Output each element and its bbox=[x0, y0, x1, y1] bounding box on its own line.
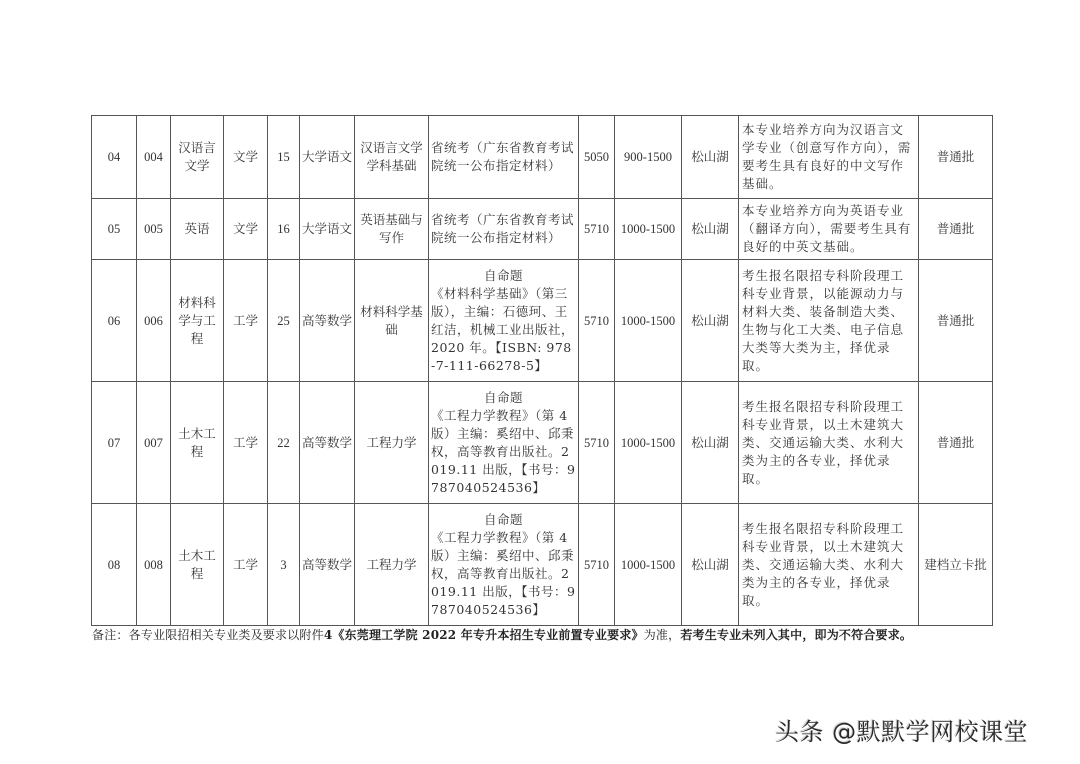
footnote-middle: 为准， bbox=[644, 628, 681, 642]
seq-text: 05 bbox=[108, 222, 121, 236]
reference-cell: 自命题《材料科学基础》（第三版），主编：石德珂、王红洁，机械工业出版社，2020… bbox=[429, 260, 579, 382]
reference-cell: 省统考（广东省教育考试院统一公布指定材料） bbox=[429, 116, 579, 199]
seq-text: 07 bbox=[108, 436, 121, 450]
batch-cell: 普通批 bbox=[919, 199, 993, 260]
batch-cell: 普通批 bbox=[919, 260, 993, 382]
accommodation-fee-text: 1000-1500 bbox=[621, 222, 675, 236]
reference-text: 《工程力学教程》（第 4 版）主编：奚绍中、邱秉权，高等教育出版社。2019.1… bbox=[431, 530, 575, 617]
code-text: 007 bbox=[144, 436, 163, 450]
exam-subject-2-cell: 英语基础与写作 bbox=[355, 199, 429, 260]
table-row: 04004汉语言文学文学15大学语文汉语言文学学科基础省统考（广东省教育考试院统… bbox=[92, 116, 993, 199]
remarks-text: 考生报名限招专科阶段理工科专业背景，以土木建筑大类、交通运输大类、水利大类为主的… bbox=[742, 521, 904, 608]
batch-text: 建档立卡批 bbox=[924, 557, 987, 572]
code-text: 008 bbox=[144, 558, 163, 572]
exam-subject-2-text: 英语基础与写作 bbox=[360, 212, 423, 245]
watermark: 头条 @默默学网校课堂 bbox=[775, 712, 1028, 747]
campus-text: 松山湖 bbox=[691, 313, 729, 328]
tuition-cell: 5710 bbox=[579, 382, 615, 504]
code-text: 005 bbox=[144, 222, 163, 236]
seq-cell: 07 bbox=[92, 382, 137, 504]
major-cell: 英语 bbox=[171, 199, 224, 260]
major-text: 汉语言文学 bbox=[178, 140, 216, 173]
major-cell: 汉语言文学 bbox=[171, 116, 224, 199]
remarks-text: 考生报名限招专科阶段理工科专业背景，以能源动力与材料大类、装备制造大类、生物与化… bbox=[742, 268, 904, 373]
tuition-text: 5710 bbox=[584, 436, 609, 450]
quota-text: 3 bbox=[280, 558, 286, 572]
major-text: 土木工程 bbox=[178, 548, 216, 581]
footnote-suffix: 若考生专业未列入其中，即为不符合要求。 bbox=[680, 628, 912, 642]
code-cell: 005 bbox=[137, 199, 171, 260]
seq-text: 04 bbox=[108, 150, 121, 164]
exam-subject-2-cell: 工程力学 bbox=[355, 382, 429, 504]
major-cell: 材料科学与工程 bbox=[171, 260, 224, 382]
code-cell: 007 bbox=[137, 382, 171, 504]
exam-subject-1-cell: 大学语文 bbox=[300, 199, 355, 260]
exam-subject-2-text: 工程力学 bbox=[366, 557, 416, 572]
category-cell: 工学 bbox=[224, 382, 268, 504]
major-text: 土木工程 bbox=[178, 426, 216, 459]
campus-cell: 松山湖 bbox=[682, 199, 739, 260]
reference-title: 自命题 bbox=[431, 267, 576, 285]
remarks-cell: 考生报名限招专科阶段理工科专业背景，以能源动力与材料大类、装备制造大类、生物与化… bbox=[739, 260, 919, 382]
category-cell: 工学 bbox=[224, 504, 268, 626]
accommodation-fee-cell: 1000-1500 bbox=[615, 504, 682, 626]
seq-text: 06 bbox=[108, 314, 121, 328]
exam-subject-1-text: 大学语文 bbox=[302, 149, 352, 164]
footnote-attachment: 4《东莞理工学院 2022 年专升本招生专业前置专业要求》 bbox=[324, 628, 644, 642]
exam-subject-1-cell: 高等数学 bbox=[300, 260, 355, 382]
reference-text: 省统考（广东省教育考试院统一公布指定材料） bbox=[431, 212, 574, 245]
exam-subject-1-cell: 高等数学 bbox=[300, 504, 355, 626]
accommodation-fee-cell: 1000-1500 bbox=[615, 260, 682, 382]
exam-subject-2-cell: 工程力学 bbox=[355, 504, 429, 626]
remarks-text: 本专业培养方向为汉语言文学专业（创意写作方向），需要考生具有良好的中文写作基础。 bbox=[742, 122, 911, 191]
code-cell: 006 bbox=[137, 260, 171, 382]
remarks-text: 本专业培养方向为英语专业（翻译方向），需要考生具有良好的中英文基础。 bbox=[742, 203, 911, 254]
quota-cell: 3 bbox=[268, 504, 300, 626]
exam-subject-2-cell: 材料科学基础 bbox=[355, 260, 429, 382]
code-cell: 004 bbox=[137, 116, 171, 199]
code-text: 006 bbox=[144, 314, 163, 328]
batch-text: 普通批 bbox=[937, 221, 975, 236]
quota-text: 25 bbox=[277, 314, 290, 328]
reference-title: 自命题 bbox=[431, 389, 576, 407]
batch-text: 普通批 bbox=[937, 313, 975, 328]
quota-text: 16 bbox=[277, 222, 290, 236]
accommodation-fee-text: 1000-1500 bbox=[621, 436, 675, 450]
tuition-text: 5710 bbox=[584, 558, 609, 572]
campus-cell: 松山湖 bbox=[682, 504, 739, 626]
category-cell: 文学 bbox=[224, 199, 268, 260]
table-row: 05005英语文学16大学语文英语基础与写作省统考（广东省教育考试院统一公布指定… bbox=[92, 199, 993, 260]
batch-text: 普通批 bbox=[937, 435, 975, 450]
accommodation-fee-text: 900-1500 bbox=[624, 150, 672, 164]
accommodation-fee-cell: 900-1500 bbox=[615, 116, 682, 199]
seq-cell: 04 bbox=[92, 116, 137, 199]
reference-title: 自命题 bbox=[431, 511, 576, 529]
tuition-text: 5710 bbox=[584, 222, 609, 236]
accommodation-fee-text: 1000-1500 bbox=[621, 558, 675, 572]
reference-cell: 自命题《工程力学教程》（第 4 版）主编：奚绍中、邱秉权，高等教育出版社。201… bbox=[429, 504, 579, 626]
exam-subject-2-cell: 汉语言文学学科基础 bbox=[355, 116, 429, 199]
campus-cell: 松山湖 bbox=[682, 116, 739, 199]
quota-cell: 25 bbox=[268, 260, 300, 382]
quota-cell: 16 bbox=[268, 199, 300, 260]
campus-cell: 松山湖 bbox=[682, 260, 739, 382]
major-cell: 土木工程 bbox=[171, 504, 224, 626]
reference-cell: 省统考（广东省教育考试院统一公布指定材料） bbox=[429, 199, 579, 260]
table-row: 07007土木工程工学22高等数学工程力学自命题《工程力学教程》（第 4 版）主… bbox=[92, 382, 993, 504]
campus-text: 松山湖 bbox=[691, 149, 729, 164]
reference-text: 省统考（广东省教育考试院统一公布指定材料） bbox=[431, 140, 574, 173]
remarks-cell: 考生报名限招专科阶段理工科专业背景，以土木建筑大类、交通运输大类、水利大类为主的… bbox=[739, 504, 919, 626]
category-text: 工学 bbox=[233, 313, 258, 328]
quota-text: 22 bbox=[277, 436, 290, 450]
admissions-table: 04004汉语言文学文学15大学语文汉语言文学学科基础省统考（广东省教育考试院统… bbox=[91, 115, 993, 626]
tuition-cell: 5710 bbox=[579, 504, 615, 626]
tuition-text: 5050 bbox=[584, 150, 609, 164]
exam-subject-1-cell: 高等数学 bbox=[300, 382, 355, 504]
tuition-text: 5710 bbox=[584, 314, 609, 328]
quota-cell: 15 bbox=[268, 116, 300, 199]
category-text: 工学 bbox=[233, 557, 258, 572]
seq-text: 08 bbox=[108, 558, 121, 572]
exam-subject-1-text: 高等数学 bbox=[302, 313, 352, 328]
quota-text: 15 bbox=[277, 150, 290, 164]
footnote-prefix: 备注：各专业限招相关专业类及要求以附件 bbox=[92, 628, 324, 642]
batch-cell: 普通批 bbox=[919, 116, 993, 199]
major-cell: 土木工程 bbox=[171, 382, 224, 504]
category-cell: 工学 bbox=[224, 260, 268, 382]
campus-text: 松山湖 bbox=[691, 435, 729, 450]
seq-cell: 08 bbox=[92, 504, 137, 626]
batch-text: 普通批 bbox=[937, 149, 975, 164]
reference-cell: 自命题《工程力学教程》（第 4 版）主编：奚绍中、邱秉权，高等教育出版社。201… bbox=[429, 382, 579, 504]
table-row: 08008土木工程工学3高等数学工程力学自命题《工程力学教程》（第 4 版）主编… bbox=[92, 504, 993, 626]
tuition-cell: 5710 bbox=[579, 199, 615, 260]
exam-subject-2-text: 工程力学 bbox=[366, 435, 416, 450]
exam-subject-1-text: 高等数学 bbox=[302, 435, 352, 450]
remarks-cell: 考生报名限招专科阶段理工科专业背景，以土木建筑大类、交通运输大类、水利大类为主的… bbox=[739, 382, 919, 504]
tuition-cell: 5050 bbox=[579, 116, 615, 199]
category-text: 文学 bbox=[233, 149, 258, 164]
remarks-cell: 本专业培养方向为英语专业（翻译方向），需要考生具有良好的中英文基础。 bbox=[739, 199, 919, 260]
accommodation-fee-cell: 1000-1500 bbox=[615, 199, 682, 260]
seq-cell: 06 bbox=[92, 260, 137, 382]
category-cell: 文学 bbox=[224, 116, 268, 199]
major-text: 材料科学与工程 bbox=[178, 295, 216, 346]
campus-text: 松山湖 bbox=[691, 221, 729, 236]
reference-text: 《材料科学基础》（第三版），主编：石德珂、王红洁，机械工业出版社，2020 年。… bbox=[431, 286, 574, 373]
reference-text: 《工程力学教程》（第 4 版）主编：奚绍中、邱秉权，高等教育出版社。2019.1… bbox=[431, 408, 575, 495]
code-text: 004 bbox=[144, 150, 163, 164]
remarks-cell: 本专业培养方向为汉语言文学专业（创意写作方向），需要考生具有良好的中文写作基础。 bbox=[739, 116, 919, 199]
quota-cell: 22 bbox=[268, 382, 300, 504]
exam-subject-1-cell: 大学语文 bbox=[300, 116, 355, 199]
batch-cell: 普通批 bbox=[919, 382, 993, 504]
accommodation-fee-cell: 1000-1500 bbox=[615, 382, 682, 504]
seq-cell: 05 bbox=[92, 199, 137, 260]
exam-subject-2-text: 材料科学基础 bbox=[360, 304, 423, 337]
exam-subject-1-text: 大学语文 bbox=[302, 221, 352, 236]
remarks-text: 考生报名限招专科阶段理工科专业背景，以土木建筑大类、交通运输大类、水利大类为主的… bbox=[742, 399, 904, 486]
campus-cell: 松山湖 bbox=[682, 382, 739, 504]
category-text: 文学 bbox=[233, 221, 258, 236]
category-text: 工学 bbox=[233, 435, 258, 450]
major-text: 英语 bbox=[184, 221, 209, 236]
exam-subject-2-text: 汉语言文学学科基础 bbox=[360, 140, 423, 173]
table-row: 06006材料科学与工程工学25高等数学材料科学基础自命题《材料科学基础》（第三… bbox=[92, 260, 993, 382]
accommodation-fee-text: 1000-1500 bbox=[621, 314, 675, 328]
tuition-cell: 5710 bbox=[579, 260, 615, 382]
exam-subject-1-text: 高等数学 bbox=[302, 557, 352, 572]
batch-cell: 建档立卡批 bbox=[919, 504, 993, 626]
code-cell: 008 bbox=[137, 504, 171, 626]
campus-text: 松山湖 bbox=[691, 557, 729, 572]
footnote: 备注：各专业限招相关专业类及要求以附件4《东莞理工学院 2022 年专升本招生专… bbox=[92, 626, 992, 643]
